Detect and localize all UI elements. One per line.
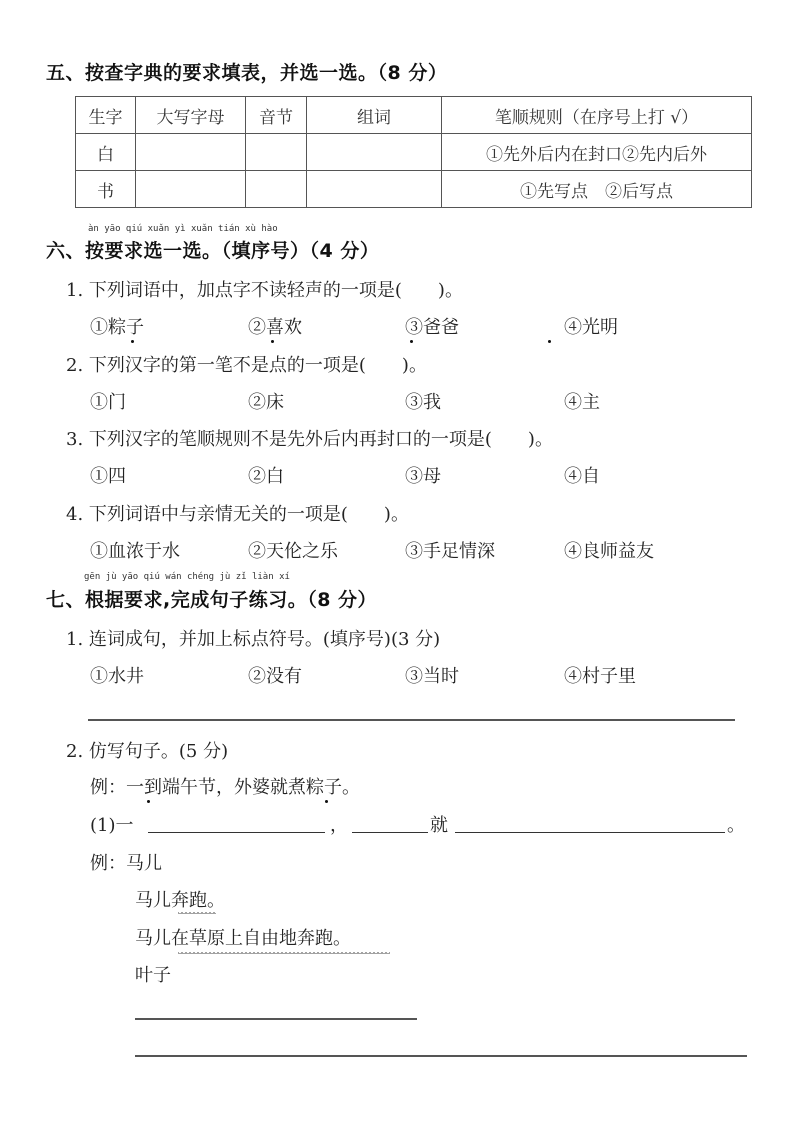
answer-line[interactable]	[88, 719, 735, 721]
section-6-pinyin: àn yāo qiú xuǎn yì xuǎn tián xù hào	[88, 224, 278, 234]
header-stroke-rule: 笔顺规则（在序号上打 √）	[442, 97, 752, 134]
example-line-1: 马儿奔跑。	[135, 886, 225, 912]
option-1[interactable]: ①粽子	[90, 313, 144, 339]
fill-jiu: 就	[430, 811, 448, 837]
section-7-pinyin: gēn jù yāo qiú wán chéng jù zǐ liàn xí	[84, 572, 290, 582]
table-row: 白 ①先外后内在封口②先内后外	[76, 134, 752, 171]
wavy-underline	[178, 952, 390, 956]
emphasis-dot-icon	[325, 800, 328, 803]
option-2[interactable]: ②床	[248, 388, 284, 414]
answer-line[interactable]	[135, 1055, 747, 1057]
option-4[interactable]: ④自	[564, 462, 600, 488]
question-stem: 2. 下列汉字的第一笔不是点的一项是( )。	[66, 351, 427, 377]
dictionary-table: 生字 大写字母 音节 组词 笔顺规则（在序号上打 √） 白 ①先外后内在封口②先…	[75, 96, 752, 208]
cell-stroke-rule[interactable]: ①先外后内在封口②先内后外	[442, 134, 752, 171]
header-uppercase: 大写字母	[136, 97, 246, 134]
option-2[interactable]: ②天伦之乐	[248, 537, 338, 563]
question-stem: 1. 下列词语中，加点字不读轻声的一项是( )。	[66, 276, 463, 302]
fill-blank-2[interactable]	[352, 832, 428, 833]
emphasis-dot-icon	[410, 340, 413, 343]
fill-prefix: (1)一	[90, 811, 134, 837]
option-2[interactable]: ②白	[248, 462, 284, 488]
cell-stroke-rule[interactable]: ①先写点 ②后写点	[442, 171, 752, 208]
cell-syllable-input[interactable]	[246, 171, 307, 208]
option-3[interactable]: ③母	[405, 462, 441, 488]
section-5-title: 五、按查字典的要求填表，并选一选。（8 分）	[46, 58, 447, 85]
example-line-2: 马儿在草原上自由地奔跑。	[135, 924, 351, 950]
section-6-title: 六、按要求选一选。（填序号）（4 分）	[46, 236, 379, 263]
option-3[interactable]: ③爸爸	[405, 313, 459, 339]
question-stem: 3. 下列汉字的笔顺规则不是先外后内再封口的一项是( )。	[66, 425, 553, 451]
emphasis-dot-icon	[271, 340, 274, 343]
section-7-title: 七、根据要求,完成句子练习。（8 分）	[46, 585, 377, 612]
cell-uppercase-input[interactable]	[136, 171, 246, 208]
question-stem: 1. 连词成句，并加上标点符号。(填序号)(3 分)	[66, 625, 440, 651]
option-4[interactable]: ④良师益友	[564, 537, 654, 563]
fill-comma: ，	[330, 811, 348, 837]
option-1[interactable]: ①血浓于水	[90, 537, 180, 563]
question-stem: 4. 下列词语中与亲情无关的一项是( )。	[66, 500, 409, 526]
question-stem: 2. 仿写句子。(5 分)	[66, 737, 228, 763]
option-3[interactable]: ③我	[405, 388, 441, 414]
answer-line[interactable]	[135, 1018, 417, 1020]
word-card-2: ②没有	[248, 662, 302, 688]
cell-syllable-input[interactable]	[246, 134, 307, 171]
table-row: 书 ①先写点 ②后写点	[76, 171, 752, 208]
option-2[interactable]: ②喜欢	[248, 313, 302, 339]
fill-blank-1[interactable]	[148, 832, 325, 833]
option-1[interactable]: ①门	[90, 388, 126, 414]
cell-char: 书	[76, 171, 136, 208]
option-1[interactable]: ①四	[90, 462, 126, 488]
emphasis-dot-icon	[548, 340, 551, 343]
prompt-word: 叶子	[135, 961, 171, 987]
example-label: 例：马儿	[90, 849, 162, 875]
cell-uppercase-input[interactable]	[136, 134, 246, 171]
option-3[interactable]: ③手足情深	[405, 537, 495, 563]
option-4[interactable]: ④光明	[564, 313, 618, 339]
example-sentence: 例：一到端午节，外婆就煮粽子。	[90, 773, 360, 799]
option-4[interactable]: ④主	[564, 388, 600, 414]
header-char: 生字	[76, 97, 136, 134]
word-card-3: ③当时	[405, 662, 459, 688]
wavy-underline	[178, 912, 216, 916]
emphasis-dot-icon	[131, 340, 134, 343]
emphasis-dot-icon	[147, 800, 150, 803]
cell-char: 白	[76, 134, 136, 171]
fill-blank-3[interactable]	[455, 832, 725, 833]
cell-words-input[interactable]	[307, 134, 442, 171]
word-card-4: ④村子里	[564, 662, 636, 688]
table-header-row: 生字 大写字母 音节 组词 笔顺规则（在序号上打 √）	[76, 97, 752, 134]
word-card-1: ①水井	[90, 662, 144, 688]
fill-end: 。	[727, 811, 745, 837]
cell-words-input[interactable]	[307, 171, 442, 208]
header-words: 组词	[307, 97, 442, 134]
header-syllable: 音节	[246, 97, 307, 134]
